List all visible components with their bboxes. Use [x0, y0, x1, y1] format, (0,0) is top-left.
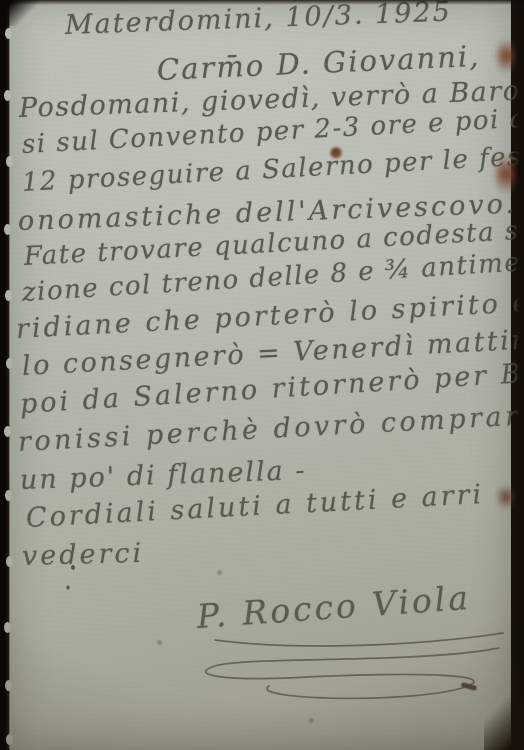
- photo-corner-shadow: [484, 690, 524, 750]
- paper-speck: [309, 718, 314, 723]
- ink-dot: [71, 565, 75, 570]
- ink-dot: [66, 586, 69, 590]
- letter-line: vederci: [22, 540, 145, 570]
- deckle-edge: [5, 28, 12, 39]
- paper-speck: [217, 570, 222, 575]
- photo-background: Materdomini, 10/3. 1925 Carm̄o D. Giovan…: [0, 0, 524, 750]
- paper-speck: [157, 640, 162, 645]
- postcard-paper: Materdomini, 10/3. 1925 Carm̄o D. Giovan…: [9, 0, 511, 750]
- letter-line: un po' di flanella -: [20, 457, 307, 494]
- signature-flourish: [177, 628, 507, 708]
- dateline: Materdomini, 10/3. 1925: [65, 0, 453, 39]
- photo-edge-top: [0, 0, 524, 5]
- photo-edge-left: [0, 0, 10, 750]
- photo-edge-right: [510, 0, 524, 750]
- photo-corner-shadow: [0, 0, 46, 26]
- signature: P. Rocco Viola: [196, 581, 472, 633]
